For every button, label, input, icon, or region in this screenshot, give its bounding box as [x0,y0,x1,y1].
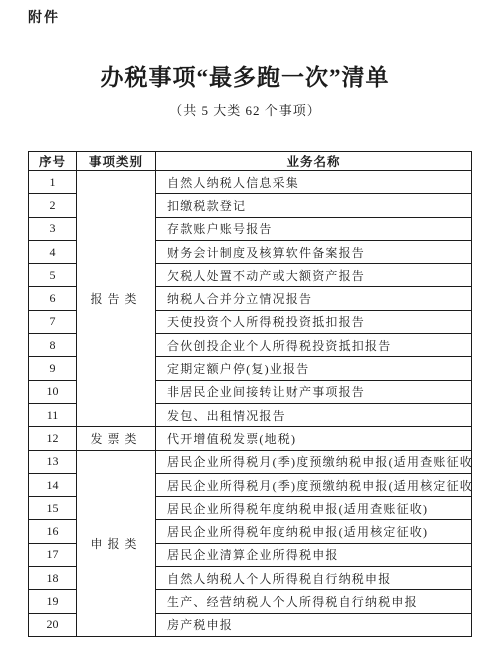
row-number-cell: 4 [29,240,77,263]
business-name-text: 非居民企业间接转让财产事项报告 [156,383,471,400]
row-number-cell: 5 [29,264,77,287]
business-name-text: 生产、经营纳税人个人所得税自行纳税申报 [156,593,471,610]
column-header-category: 事项类别 [77,152,156,171]
row-number-cell: 7 [29,310,77,333]
page-subtitle: （共 5 大类 62 个事项） [0,100,490,119]
business-name-cell: 自然人纳税人个人所得税自行纳税申报 [156,567,472,590]
business-name-cell: 居民企业所得税年度纳税申报(适用查账征收) [156,497,472,520]
business-name-cell: 生产、经营纳税人个人所得税自行纳税申报 [156,590,472,613]
business-name-text: 欠税人处置不动产或大额资产报告 [156,267,471,284]
page-title: 办税事项“最多跑一次”清单 [0,59,490,92]
business-name-text: 合伙创投企业个人所得税投资抵扣报告 [156,337,471,354]
business-name-cell: 代开增值税发票(地税) [156,427,472,450]
category-cell: 报告类 [77,171,156,427]
business-name-text: 居民企业清算企业所得税申报 [156,546,471,563]
business-name-cell: 居民企业所得税月(季)度预缴纳税申报(适用查账征收) [156,450,472,473]
row-number-cell: 9 [29,357,77,380]
table-row: 12发票类代开增值税发票(地税) [29,427,472,450]
business-name-cell: 天使投资个人所得税投资抵扣报告 [156,310,472,333]
business-name-cell: 欠税人处置不动产或大额资产报告 [156,264,472,287]
business-name-text: 自然人纳税人个人所得税自行纳税申报 [156,570,471,587]
column-header-number: 序号 [29,152,77,171]
row-number-cell: 2 [29,194,77,217]
business-name-cell: 房产税申报 [156,613,472,636]
row-number-cell: 1 [29,171,77,194]
business-name-text: 居民企业所得税月(季)度预缴纳税申报(适用核定征收) [156,477,471,494]
business-name-text: 居民企业所得税年度纳税申报(适用查账征收) [156,500,471,517]
business-name-text: 居民企业所得税月(季)度预缴纳税申报(适用查账征收) [156,453,471,470]
table-header-row: 序号 事项类别 业务名称 [29,152,472,171]
business-name-cell: 财务会计制度及核算软件备案报告 [156,240,472,263]
matters-table: 序号 事项类别 业务名称 1报告类自然人纳税人信息采集2扣缴税款登记3存款账户账… [28,151,472,637]
business-name-text: 扣缴税款登记 [156,197,471,214]
business-name-cell: 纳税人合并分立情况报告 [156,287,472,310]
row-number-cell: 18 [29,567,77,590]
business-name-cell: 居民企业清算企业所得税申报 [156,543,472,566]
table-body: 1报告类自然人纳税人信息采集2扣缴税款登记3存款账户账号报告4财务会计制度及核算… [29,171,472,637]
row-number-cell: 6 [29,287,77,310]
business-name-cell: 自然人纳税人信息采集 [156,171,472,194]
category-cell: 发票类 [77,427,156,450]
row-number-cell: 20 [29,613,77,636]
row-number-cell: 17 [29,543,77,566]
business-name-cell: 定期定额户停(复)业报告 [156,357,472,380]
business-name-text: 天使投资个人所得税投资抵扣报告 [156,313,471,330]
row-number-cell: 10 [29,380,77,403]
business-name-text: 存款账户账号报告 [156,220,471,237]
table-row: 13申报类居民企业所得税月(季)度预缴纳税申报(适用查账征收) [29,450,472,473]
business-name-cell: 合伙创投企业个人所得税投资抵扣报告 [156,334,472,357]
row-number-cell: 16 [29,520,77,543]
column-header-business-name: 业务名称 [156,152,472,171]
business-name-text: 定期定额户停(复)业报告 [156,360,471,377]
business-name-cell: 发包、出租情况报告 [156,403,472,426]
row-number-cell: 12 [29,427,77,450]
business-name-text: 房产税申报 [156,616,471,633]
row-number-cell: 15 [29,497,77,520]
table-row: 1报告类自然人纳税人信息采集 [29,171,472,194]
business-name-cell: 居民企业所得税年度纳税申报(适用核定征收) [156,520,472,543]
row-number-cell: 11 [29,403,77,426]
attachment-label: 附件 [28,7,60,27]
category-cell: 申报类 [77,450,156,636]
business-name-text: 财务会计制度及核算软件备案报告 [156,244,471,261]
row-number-cell: 19 [29,590,77,613]
business-name-cell: 居民企业所得税月(季)度预缴纳税申报(适用核定征收) [156,473,472,496]
business-name-cell: 扣缴税款登记 [156,194,472,217]
business-name-text: 发包、出租情况报告 [156,407,471,424]
business-name-cell: 存款账户账号报告 [156,217,472,240]
row-number-cell: 13 [29,450,77,473]
row-number-cell: 3 [29,217,77,240]
business-name-text: 居民企业所得税年度纳税申报(适用核定征收) [156,523,471,540]
business-name-text: 纳税人合并分立情况报告 [156,290,471,307]
business-name-cell: 非居民企业间接转让财产事项报告 [156,380,472,403]
business-name-text: 自然人纳税人信息采集 [156,174,471,191]
row-number-cell: 14 [29,473,77,496]
row-number-cell: 8 [29,334,77,357]
business-name-text: 代开增值税发票(地税) [156,430,471,447]
